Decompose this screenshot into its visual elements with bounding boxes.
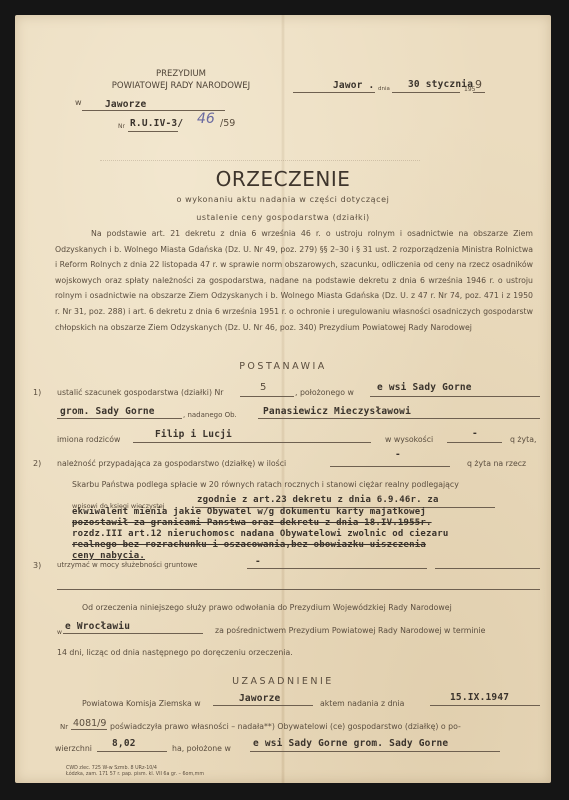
easements-line-3 [57,589,540,590]
plot-location-line [370,396,540,397]
parents-label: imiona rodziców [57,435,120,444]
document-subtitle-line1: o wykonaniu aktu nadania w części dotycz… [15,195,551,204]
printer-imprint-line1: CWD zlec. 725 W-w Szmb. 8 URz-10/4 [66,766,157,771]
ref-handwritten: 46 [197,111,215,127]
printer-imprint-line2: Łódzka, zam. 171 57 r. pap. pism. kl. VI… [66,772,204,777]
justification-label-a: Powiatowa Komisja Ziemska w [82,699,201,708]
act-date-line [430,705,540,706]
amount-value: - [472,428,478,439]
decision-heading: POSTANAWIA [15,361,551,372]
date-label: dnia [378,86,390,92]
plot-number-line [240,396,294,397]
amount-line [447,442,502,443]
act-date: 15.IX.1947 [450,692,509,703]
area-value: 8,02 [112,738,136,749]
authority-seat-prefix: w [75,98,82,107]
item2-line2: Skarbu Państwa podlega spłacie w 20 równ… [72,480,459,489]
item2-label-b: q żyta na rzecz [467,459,526,468]
parents-names: Filip i Lucji [155,429,232,440]
appeal-line3: 14 dni, licząc od dnia następnego po dor… [57,648,293,657]
appeal-city: e Wrocławiu [65,621,130,632]
place: Jawor . [333,80,374,91]
grantee-name: Panasiewicz Mieczysławowi [263,406,411,417]
area-location: e wsi Sady Gorne grom. Sady Gorne [253,738,448,749]
typed-justification-line6: ceny nabycia. [72,551,145,561]
legal-basis-paragraph: Na podstawie art. 21 dekretu z dnia 6 wr… [55,226,533,335]
item3-number: 3) [33,561,41,570]
act-number-label: Nr [60,723,68,731]
commission-place: Jaworze [239,693,280,704]
plot-location: e wsi Sady Gorne [377,382,472,393]
appeal-line1: Od orzeczenia niniejszego służy prawo od… [82,603,452,612]
authority-line2: POWIATOWEJ RADY NARODOWEJ [15,81,347,91]
item2-amount: - [395,449,401,460]
authority-line1: PREZYDIUM [15,69,347,79]
typed-justification-line2: ekwiwalent mienia jakie Obywatel w/g dok… [72,507,426,517]
act-number-line [71,729,107,730]
typed-justification-line5: realnego bez rozrachunku i oszacowania,b… [72,540,426,550]
appeal-city-line [63,633,203,634]
easements-line-2 [435,568,540,569]
grantee-line [258,418,540,419]
easements-line [247,568,427,569]
year-digit: 9 [475,78,482,91]
justification-heading: UZASADNIENIE [15,676,551,687]
item1-label-b: , położonego w [295,388,354,397]
parents-line [133,442,371,443]
typed-justification-line3: pozostawił za granicami Panstwa oraz dek… [72,518,432,528]
easements-value: - [255,556,261,567]
plot-commune-line [57,418,182,419]
typed-justification-line1: zgodnie z art.23 dekretu z dnia 6.9.46r.… [197,495,439,505]
ref-number: R.U.IV-3/ [130,118,183,129]
justification-label-b: aktem nadania z dnia [320,699,404,708]
item3-label: utrzymać w mocy służebności gruntowe [57,561,197,569]
document-page: PREZYDIUM POWIATOWEJ RADY NARODOWEJ w Ja… [15,15,551,783]
area-label: wierzchni [55,744,92,753]
commission-place-line [213,705,313,706]
place-line [293,92,375,93]
item2-label-a: należność przypadająca za gospodarstwo (… [57,459,286,468]
ref-line [128,131,178,132]
item1-label-a: ustalić szacunek gospodarstwa (działki) … [57,388,224,397]
ref-prefix: Nr [118,123,125,130]
amount-unit: q żyta, [510,435,536,444]
item1-label-c: , nadanego Ob. [183,411,237,419]
item2-amount-line [330,466,450,467]
authority-seat: Jaworze [105,99,146,110]
ref-suffix: /59 [220,118,235,129]
typed-justification-line4: rozdz.III art.12 nieruchomosc nadana Oby… [72,529,448,539]
appeal-line2: za pośrednictwem Prezydium Powiatowej Ra… [215,626,485,635]
bleed-through-marks [100,160,420,162]
area-unit: ha, położone w [172,744,231,753]
plot-commune: grom. Sady Gorne [60,406,155,417]
justification-label-c: poświadczyła prawo własności – nadała**)… [110,722,461,731]
appeal-prefix: w [57,629,62,636]
area-location-line [250,751,500,752]
item1-number: 1) [33,388,41,397]
plot-number: 5 [260,382,266,393]
area-line [97,751,167,752]
date-line [392,92,460,93]
item2-number: 2) [33,459,41,468]
act-number: 4081/9 [73,718,106,729]
amount-label: w wysokości [385,435,433,444]
year-line [473,92,485,93]
document-title: ORZECZENIE [15,167,551,191]
document-subtitle-line2: ustalenie ceny gospodarstwa (działki) [15,213,551,222]
